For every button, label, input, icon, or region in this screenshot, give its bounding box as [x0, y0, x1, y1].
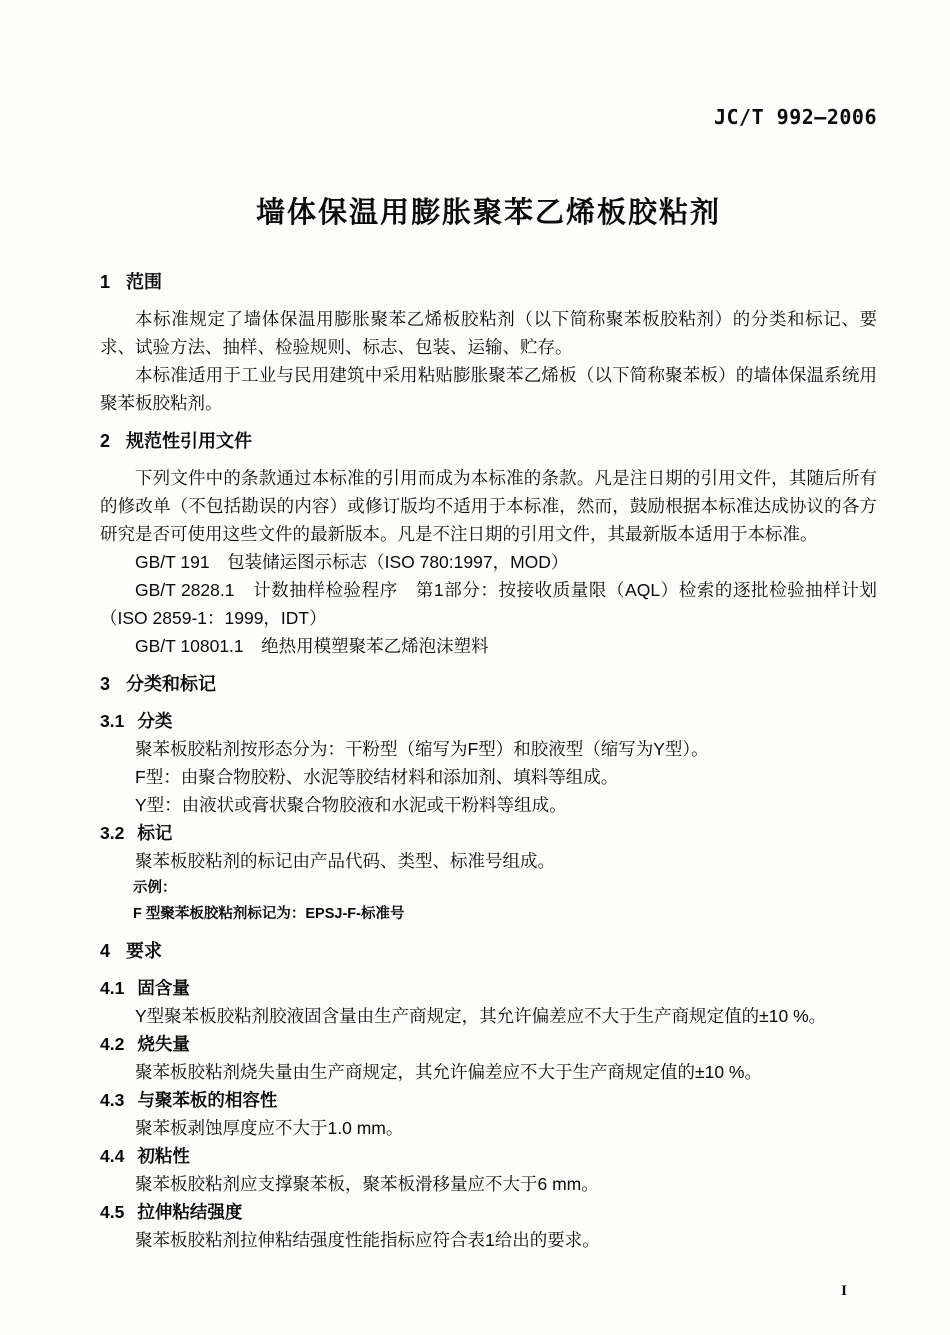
reference-entry-1: GB/T 191 包装储运图示标志（ISO 780:1997，MOD）	[100, 548, 877, 576]
subsection-4-2-heading: 4.2烧失量	[100, 1030, 877, 1058]
subsection-3-1-title: 分类	[137, 711, 172, 731]
subsection-3-1-paragraph-2: F型：由聚合物胶粉、水泥等胶结材料和添加剂、填料等组成。	[100, 763, 877, 791]
section-2-heading: 2规范性引用文件	[100, 427, 877, 455]
subsection-4-1-heading: 4.1固含量	[100, 974, 877, 1002]
section-1-heading: 1范围	[100, 268, 877, 296]
section-4-title: 要求	[126, 941, 162, 961]
subsection-3-1-paragraph-1: 聚苯板胶粘剂按形态分为：干粉型（缩写为F型）和胶液型（缩写为Y型）。	[100, 735, 877, 763]
document-page: JC/T 992—2006 墙体保温用膨胀聚苯乙烯板胶粘剂 1范围 本标准规定了…	[0, 0, 950, 1335]
section-2-title: 规范性引用文件	[126, 431, 252, 451]
subsection-4-4-number: 4.4	[100, 1146, 124, 1166]
subsection-4-1-number: 4.1	[100, 978, 124, 998]
subsection-3-2-heading: 3.2标记	[100, 819, 877, 847]
subsection-3-1-heading: 3.1分类	[100, 707, 877, 735]
standard-code: JC/T 992—2006	[100, 105, 877, 129]
subsection-4-4-title: 初粘性	[137, 1146, 190, 1166]
section-1-title: 范围	[126, 272, 162, 292]
section-1-paragraph-2: 本标准适用于工业与民用建筑中采用粘贴膨胀聚苯乙烯板（以下简称聚苯板）的墙体保温系…	[100, 361, 877, 417]
subsection-4-4-paragraph: 聚苯板胶粘剂应支撑聚苯板，聚苯板滑移量应不大于6 mm。	[100, 1170, 877, 1198]
subsection-4-4-heading: 4.4初粘性	[100, 1142, 877, 1170]
subsection-4-3-paragraph: 聚苯板剥蚀厚度应不大于1.0 mm。	[100, 1114, 877, 1142]
example-text: F 型聚苯板胶粘剂标记为：EPSJ-F-标准号	[100, 901, 877, 927]
subsection-4-2-number: 4.2	[100, 1034, 124, 1054]
section-4-number: 4	[100, 941, 110, 961]
subsection-3-1-paragraph-3: Y型：由液状或膏状聚合物胶液和水泥或干粉料等组成。	[100, 791, 877, 819]
subsection-4-2-paragraph: 聚苯板胶粘剂烧失量由生产商规定，其允许偏差应不大于生产商规定值的±10 %。	[100, 1058, 877, 1086]
subsection-3-1-number: 3.1	[100, 711, 124, 731]
section-4-heading: 4要求	[100, 937, 877, 965]
section-2-paragraph-1: 下列文件中的条款通过本标准的引用而成为本标准的条款。凡是注日期的引用文件，其随后…	[100, 464, 877, 548]
section-2-number: 2	[100, 431, 110, 451]
reference-entry-2: GB/T 2828.1 计数抽样检验程序 第1部分：按接收质量限（AQL）检索的…	[100, 576, 877, 632]
subsection-4-5-number: 4.5	[100, 1202, 124, 1222]
subsection-3-2-number: 3.2	[100, 823, 124, 843]
section-3-number: 3	[100, 674, 110, 694]
subsection-4-3-number: 4.3	[100, 1090, 124, 1110]
subsection-3-2-paragraph-1: 聚苯板胶粘剂的标记由产品代码、类型、标准号组成。	[100, 847, 877, 875]
subsection-4-5-title: 拉伸粘结强度	[137, 1202, 242, 1222]
subsection-4-2-title: 烧失量	[137, 1034, 190, 1054]
subsection-3-2-title: 标记	[137, 823, 172, 843]
subsection-4-5-paragraph: 聚苯板胶粘剂拉伸粘结强度性能指标应符合表1给出的要求。	[100, 1226, 877, 1254]
section-1-number: 1	[100, 272, 110, 292]
section-3-title: 分类和标记	[126, 674, 216, 694]
document-title: 墙体保温用膨胀聚苯乙烯板胶粘剂	[100, 195, 877, 231]
subsection-4-3-heading: 4.3与聚苯板的相容性	[100, 1086, 877, 1114]
subsection-4-1-title: 固含量	[137, 978, 190, 998]
section-3-heading: 3分类和标记	[100, 670, 877, 698]
page-number: I	[841, 1283, 847, 1300]
section-1-paragraph-1: 本标准规定了墙体保温用膨胀聚苯乙烯板胶粘剂（以下简称聚苯板胶粘剂）的分类和标记、…	[100, 305, 877, 361]
reference-entry-3: GB/T 10801.1 绝热用模塑聚苯乙烯泡沫塑料	[100, 632, 877, 660]
subsection-4-1-paragraph: Y型聚苯板胶粘剂胶液固含量由生产商规定，其允许偏差应不大于生产商规定值的±10 …	[100, 1002, 877, 1030]
subsection-4-3-title: 与聚苯板的相容性	[137, 1090, 277, 1110]
subsection-4-5-heading: 4.5拉伸粘结强度	[100, 1198, 877, 1226]
example-label: 示例：	[100, 875, 877, 901]
